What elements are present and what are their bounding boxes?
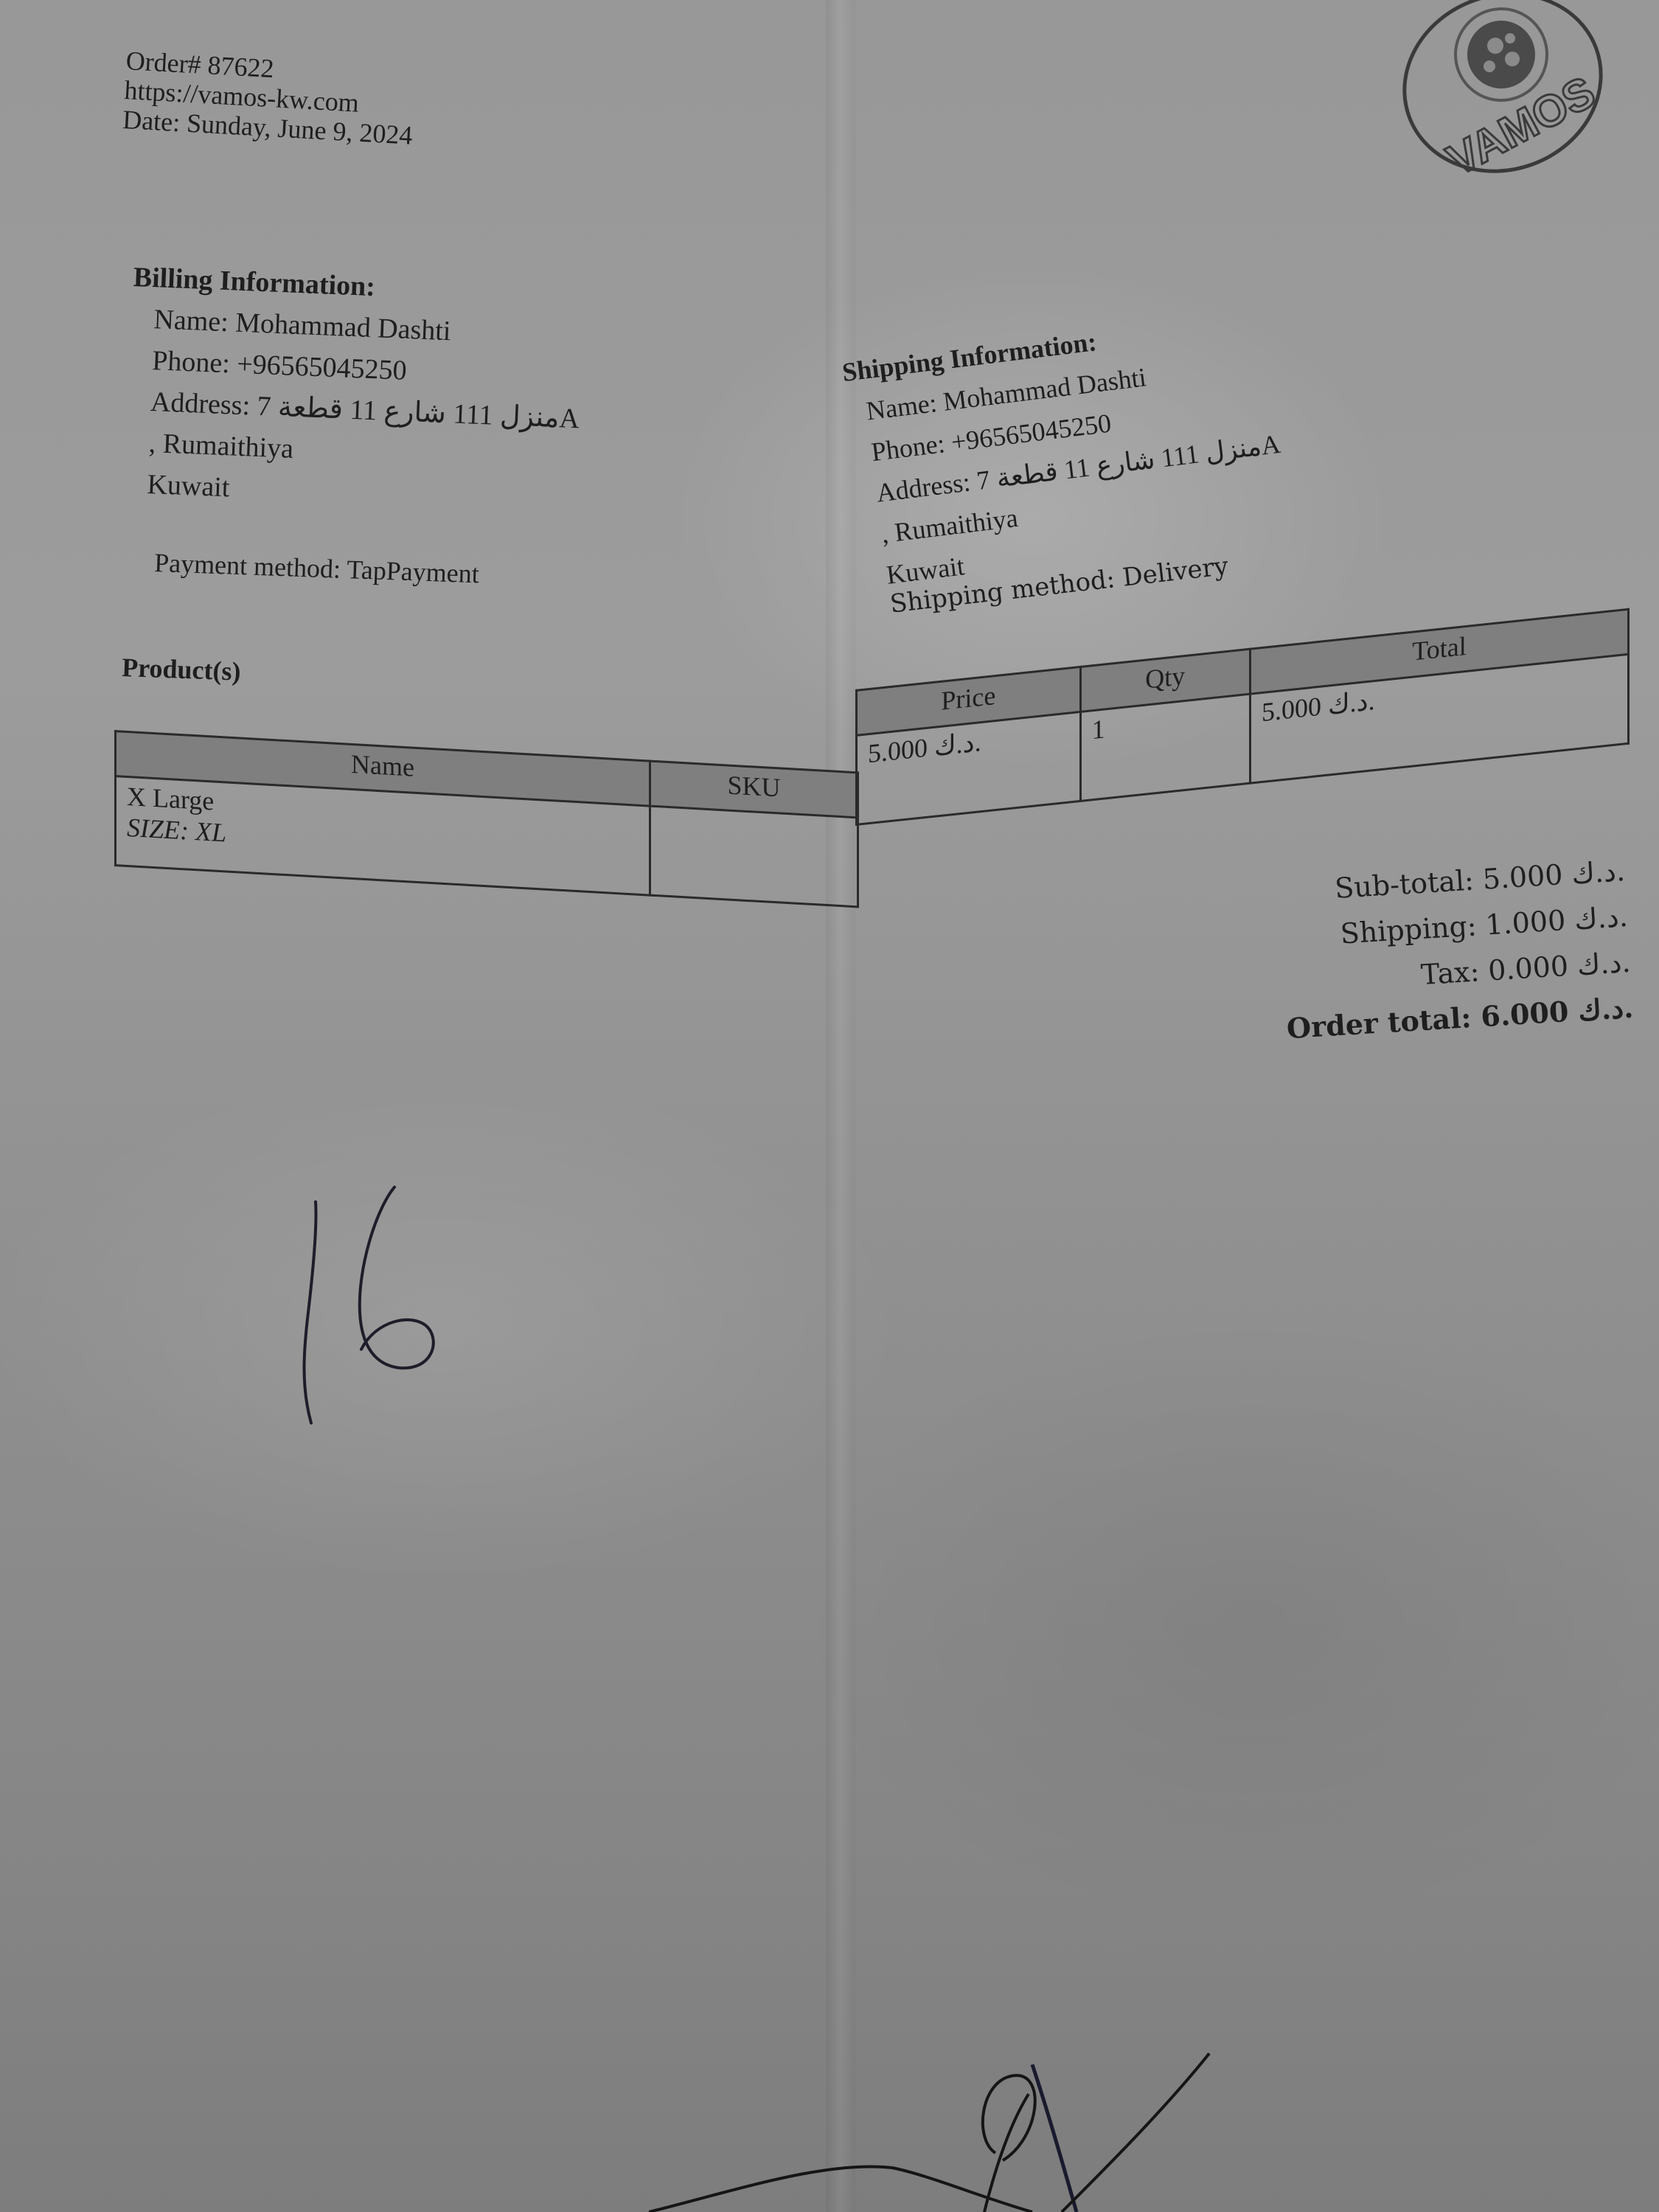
billing-info: Billing Information: Name: Mohammad Dash… bbox=[125, 257, 585, 522]
paper-fold bbox=[826, 0, 855, 2212]
signature bbox=[649, 2050, 1276, 2212]
product-qty: 1 bbox=[1080, 694, 1250, 801]
vamos-logo: VAMOS bbox=[1392, 0, 1613, 186]
products-title: Product(s) bbox=[122, 652, 242, 687]
order-totals: Sub-total: 5.000 د.ك. Shipping: 1.000 د.… bbox=[1277, 848, 1635, 1051]
soccer-ball-icon bbox=[1467, 21, 1535, 88]
order-header: Order# 87622 https://vamos-kw.com Date: … bbox=[122, 46, 417, 150]
product-sku bbox=[650, 806, 858, 907]
handwritten-number bbox=[280, 1180, 472, 1430]
